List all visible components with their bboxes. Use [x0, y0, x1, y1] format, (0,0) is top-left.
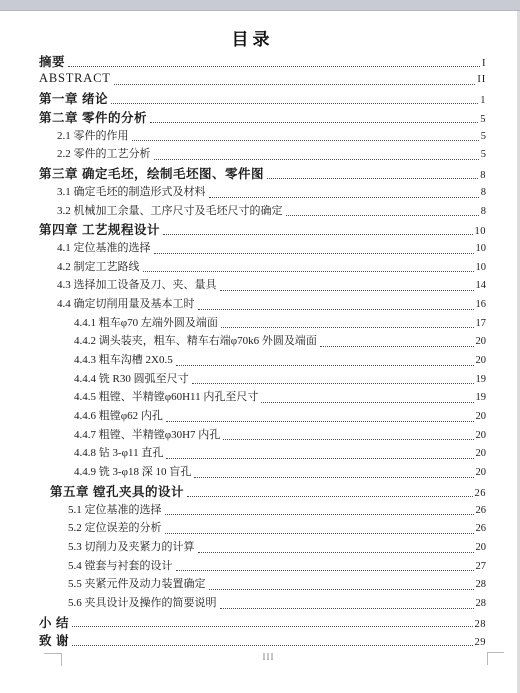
dot-leader: [111, 103, 478, 104]
toc-entry-text: 第四章 工艺规程设计: [39, 220, 160, 238]
dot-leader: [187, 496, 473, 497]
toc-entry-text: 4.4.2 调头装夹，粗车、精车右端φ70k6 外圆及端面: [74, 332, 317, 348]
toc-entry[interactable]: 4.4.9 铣 3-φ18 深 10 盲孔20: [0, 463, 517, 482]
toc-entry-page: 20: [476, 467, 487, 478]
toc-entry[interactable]: 4.3 选择加工设备及刀、夹、量具14: [0, 276, 517, 295]
toc-entry[interactable]: 4.4.3 粗车沟槽 2X0.520: [0, 351, 517, 370]
dot-leader: [72, 645, 473, 646]
toc-entry-text: 第二章 零件的分析: [39, 108, 147, 126]
dot-leader: [163, 234, 473, 235]
toc-entry[interactable]: 5.5 夹紧元件及动力装置确定28: [0, 575, 517, 594]
toc-entry-text: 小 结: [39, 613, 69, 631]
toc-entry[interactable]: 4.4.5 粗镗、半精镗φ60H11 内孔至尺寸19: [0, 388, 517, 407]
toc-entry[interactable]: 4.4.1 粗车φ70 左端外圆及端面17: [0, 314, 517, 333]
toc-entry[interactable]: 致 谢29: [0, 631, 517, 650]
dot-leader: [165, 514, 474, 515]
dot-leader: [166, 421, 474, 422]
toc-entry-page: 5: [481, 131, 486, 142]
toc-entry-page: 20: [476, 448, 487, 459]
toc-entry-page: 5: [481, 149, 486, 160]
toc-entry-page: 29: [475, 637, 487, 648]
page-title: 目录: [0, 25, 505, 50]
dot-leader: [72, 626, 473, 627]
toc-entry[interactable]: 5.4 镗套与衬套的设计27: [0, 557, 517, 576]
toc-entry-page: 1: [480, 95, 486, 106]
toc-entry-text: 4.4.6 粗镗φ62 内孔: [74, 407, 163, 423]
toc-entry-page: I: [482, 58, 486, 69]
toc-entry[interactable]: 第三章 确定毛坯，绘制毛坯图、零件图8: [0, 164, 517, 183]
toc-entry-text: ABSTRACT: [39, 71, 111, 86]
toc-entry-text: 4.4.4 铣 R30 圆弧至尺寸: [74, 370, 189, 386]
toc-entry-text: 4.4.9 铣 3-φ18 深 10 盲孔: [74, 463, 191, 479]
toc-entry[interactable]: 5.3 切削力及夹紧力的计算20: [0, 538, 517, 557]
toc-entry-text: 4.4.1 粗车φ70 左端外圆及端面: [74, 314, 218, 330]
toc-entry-page: 26: [475, 488, 487, 499]
document-canvas: 目录 摘要IABSTRACTII第一章 绪论1第二章 零件的分析52.1 零件的…: [0, 0, 520, 693]
toc-entry-page: 10: [475, 226, 487, 237]
toc-entry-text: 4.4.7 粗镗、半精镗φ30H7 内孔: [74, 426, 220, 442]
toc-entry-page: 8: [481, 206, 486, 217]
toc-entry[interactable]: 4.4.4 铣 R30 圆弧至尺寸19: [0, 370, 517, 389]
dot-leader: [114, 84, 476, 85]
toc-entry-page: 28: [475, 619, 487, 630]
toc-entry-page: 8: [481, 187, 486, 198]
toc-entry-text: 第三章 确定毛坯，绘制毛坯图、零件图: [39, 164, 264, 182]
toc-entry[interactable]: 2.1 零件的作用5: [0, 127, 517, 146]
toc-entry-page: 26: [476, 505, 487, 516]
toc-entry-text: 5.6 夹具设计及操作的简要说明: [68, 594, 217, 610]
toc-entry-page: II: [477, 74, 486, 85]
dot-leader: [68, 66, 480, 67]
toc-entry[interactable]: 第四章 工艺规程设计10: [0, 220, 517, 239]
toc-entry[interactable]: ABSTRACTII: [0, 71, 517, 90]
toc-entry-text: 致 谢: [39, 631, 69, 649]
toc-entry-page: 26: [476, 523, 487, 534]
toc-entry[interactable]: 4.2 制定工艺路线10: [0, 258, 517, 277]
dot-leader: [132, 140, 479, 141]
document-page: 目录 摘要IABSTRACTII第一章 绪论1第二章 零件的分析52.1 零件的…: [0, 11, 517, 693]
dot-leader: [220, 608, 474, 609]
toc-entry[interactable]: 3.2 机械加工余量、工序尺寸及毛坯尺寸的确定8: [0, 202, 517, 221]
toc-entry-page: 20: [476, 355, 487, 366]
toc-entry-page: 28: [476, 579, 487, 590]
toc-entry[interactable]: 第二章 零件的分析5: [0, 108, 517, 127]
toc-entry-page: 20: [476, 411, 487, 422]
dot-leader: [209, 589, 474, 590]
dot-leader: [198, 309, 474, 310]
toc-entry-page: 28: [476, 598, 487, 609]
dot-leader: [209, 197, 479, 198]
toc-entry-page: 5: [480, 114, 486, 125]
toc-entry[interactable]: 第一章 绪论1: [0, 89, 517, 108]
dot-leader: [221, 327, 474, 328]
toc-entry-page: 20: [476, 542, 487, 553]
toc-entry-page: 17: [476, 318, 487, 329]
toc-entry-text: 4.4.3 粗车沟槽 2X0.5: [74, 351, 173, 367]
toc-entry-text: 3.1 确定毛坯的制造形式及材料: [57, 183, 206, 199]
dot-leader: [220, 290, 474, 291]
dot-leader: [261, 402, 473, 403]
toc-entry-text: 第五章 镗孔夹具的设计: [50, 482, 184, 500]
toc-entry[interactable]: 5.6 夹具设计及操作的简要说明28: [0, 594, 517, 613]
toc-entry[interactable]: 4.4 确定切削用量及基本工时16: [0, 295, 517, 314]
toc-entry-text: 5.3 切削力及夹紧力的计算: [68, 538, 195, 554]
dot-leader: [267, 178, 478, 179]
toc-entry-text: 第一章 绪论: [39, 89, 108, 107]
toc-entry-page: 10: [476, 262, 487, 273]
toc-entry-text: 4.4 确定切削用量及基本工时: [57, 295, 195, 311]
toc-entry[interactable]: 摘要I: [0, 52, 517, 71]
toc-entry[interactable]: 第五章 镗孔夹具的设计26: [0, 482, 517, 501]
toc-entry[interactable]: 小 结28: [0, 613, 517, 632]
page-number-footer: III: [0, 652, 517, 662]
table-of-contents: 摘要IABSTRACTII第一章 绪论1第二章 零件的分析52.1 零件的作用5…: [0, 52, 517, 650]
toc-entry[interactable]: 5.2 定位误差的分析26: [0, 519, 517, 538]
dot-leader: [198, 552, 474, 553]
toc-entry-text: 4.4.5 粗镗、半精镗φ60H11 内孔至尺寸: [74, 388, 258, 404]
toc-entry-page: 20: [476, 336, 487, 347]
toc-entry[interactable]: 4.4.7 粗镗、半精镗φ30H7 内孔20: [0, 426, 517, 445]
toc-entry[interactable]: 4.4.6 粗镗φ62 内孔20: [0, 407, 517, 426]
dot-leader: [320, 346, 474, 347]
dot-leader: [166, 458, 473, 459]
toc-entry-text: 5.5 夹紧元件及动力装置确定: [68, 575, 206, 591]
toc-entry-text: 4.4.8 钻 3-φ11 直孔: [74, 444, 163, 460]
dot-leader: [286, 215, 479, 216]
toc-entry-text: 5.4 镗套与衬套的设计: [68, 557, 173, 573]
toc-entry[interactable]: 3.1 确定毛坯的制造形式及材料8: [0, 183, 517, 202]
dot-leader: [154, 253, 474, 254]
window-background-strip: [0, 0, 520, 11]
toc-entry-page: 16: [476, 299, 487, 310]
toc-entry-page: 20: [476, 430, 487, 441]
toc-entry-page: 19: [476, 392, 487, 403]
toc-entry[interactable]: 2.2 零件的工艺分析5: [0, 145, 517, 164]
dot-leader: [154, 159, 479, 160]
toc-entry-text: 3.2 机械加工余量、工序尺寸及毛坯尺寸的确定: [57, 202, 283, 218]
toc-entry[interactable]: 5.1 定位基准的选择26: [0, 501, 517, 520]
dot-leader: [176, 365, 474, 366]
toc-entry-text: 4.1 定位基准的选择: [57, 239, 151, 255]
toc-entry-text: 2.2 零件的工艺分析: [57, 145, 151, 161]
toc-entry-page: 27: [476, 561, 487, 572]
toc-entry-text: 4.2 制定工艺路线: [57, 258, 140, 274]
toc-entry-page: 14: [476, 280, 487, 291]
toc-entry-text: 5.2 定位误差的分析: [68, 519, 162, 535]
dot-leader: [150, 122, 478, 123]
dot-leader: [192, 383, 474, 384]
toc-entry[interactable]: 4.1 定位基准的选择10: [0, 239, 517, 258]
toc-entry-page: 10: [476, 243, 487, 254]
dot-leader: [194, 477, 473, 478]
toc-entry[interactable]: 4.4.8 钻 3-φ11 直孔20: [0, 444, 517, 463]
dot-leader: [143, 271, 474, 272]
dot-leader: [176, 570, 474, 571]
toc-entry-page: 8: [480, 170, 486, 181]
toc-entry[interactable]: 4.4.2 调头装夹，粗车、精车右端φ70k6 外圆及端面20: [0, 332, 517, 351]
dot-leader: [223, 439, 473, 440]
toc-entry-text: 2.1 零件的作用: [57, 127, 129, 143]
toc-entry-text: 5.1 定位基准的选择: [68, 501, 162, 517]
dot-leader: [165, 533, 474, 534]
toc-entry-text: 4.3 选择加工设备及刀、夹、量具: [57, 276, 217, 292]
toc-entry-text: 摘要: [39, 52, 65, 70]
toc-entry-page: 19: [476, 374, 487, 385]
